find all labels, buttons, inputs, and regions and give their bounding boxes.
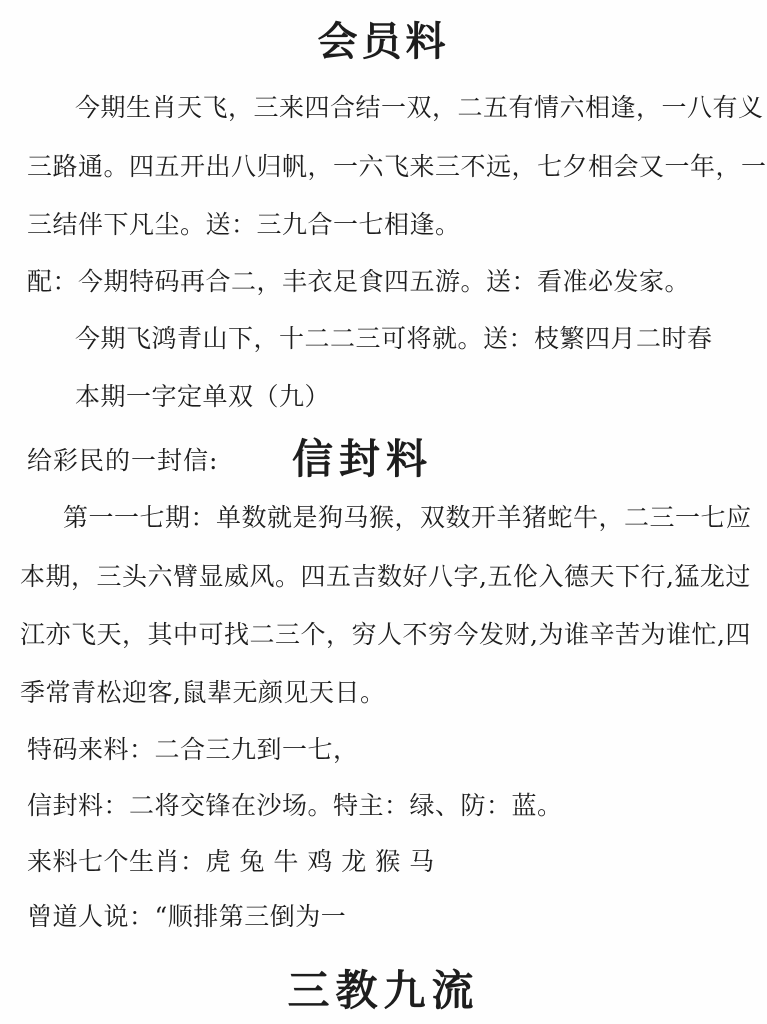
- zeng-dao-ren-line: 曾道人说：“顺排第三倒为一: [27, 902, 346, 932]
- member-line-1: 今期生肖天飞，三来四合结一双，二五有情六相逢，一八有义: [75, 93, 764, 123]
- special-code-line: 特码来料：二合三九到一七，: [27, 735, 359, 765]
- member-line-4: 配：今期特码再合二，丰衣足食四五游。送：看准必发家。: [27, 267, 690, 297]
- envelope-tip-line: 信封料：二将交锋在沙场。特主：绿、防：蓝。: [27, 791, 563, 821]
- envelope-line-2: 本期，三头六臂显威风。四五吉数好八字,五伦入德天下行,猛龙过: [20, 562, 751, 592]
- member-line-3: 三结伴下凡尘。送：三九合一七相逢。: [27, 210, 461, 240]
- member-line-5: 今期飞鸿青山下，十二二三可将就。送：枝繁四月二时春: [75, 324, 713, 354]
- envelope-section-title: 信封料: [292, 426, 433, 485]
- envelope-line-4: 季常青松迎客,鼠辈无颜见天日。: [20, 678, 385, 708]
- envelope-intro-label: 给彩民的一封信:: [27, 441, 218, 477]
- member-line-2: 三路通。四五开出八归帆，一六飞来三不远，七夕相会又一年，一: [27, 152, 767, 182]
- envelope-line-1: 第一一七期：单数就是狗马猴，双数开羊猪蛇牛，二三一七应: [63, 503, 752, 533]
- zodiac-line: 来料七个生肖：虎 兔 牛 鸡 龙 猴 马: [27, 847, 435, 877]
- document-page: 会员料 今期生肖天飞，三来四合结一双，二五有情六相逢，一八有义 三路通。四五开出…: [0, 0, 767, 1024]
- envelope-line-3: 江亦飞天，其中可找二三个，穷人不穷今发财,为谁辛苦为谁忙,四: [20, 620, 751, 650]
- member-line-6: 本期一字定单双（九）: [75, 382, 330, 412]
- footer-section-title: 三教九流: [0, 958, 767, 1018]
- member-section-title: 会员料: [0, 10, 767, 67]
